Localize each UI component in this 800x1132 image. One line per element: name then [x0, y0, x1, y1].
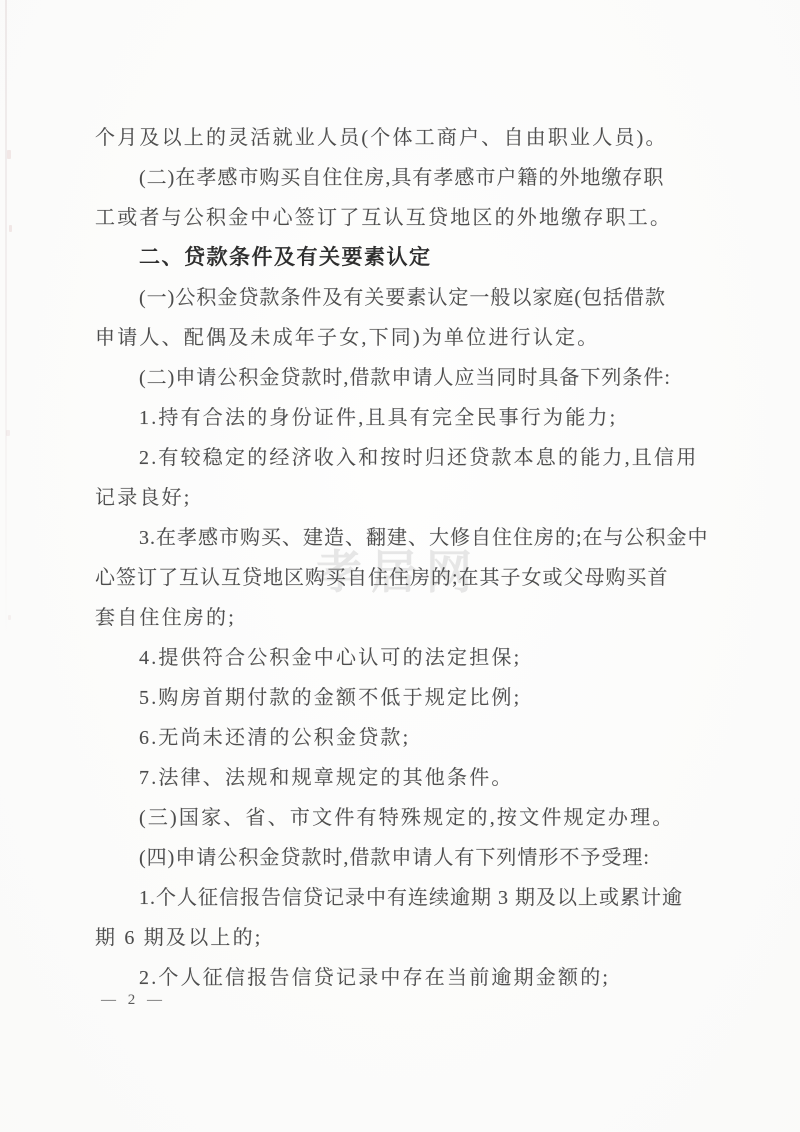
text-line: 记录良好;	[95, 478, 717, 518]
document-body: 个月及以上的灵活就业人员(个体工商户、自由职业人员)。 (二)在孝感市购买自住住…	[95, 118, 717, 998]
text-line: 6.无尚未还清的公积金贷款;	[95, 718, 717, 758]
text-line: 期 6 期及以上的;	[95, 918, 717, 958]
text-line: 2.有较稳定的经济收入和按时归还贷款本息的能力,且信用	[95, 438, 717, 478]
text-line: (三)国家、省、市文件有特殊规定的,按文件规定办理。	[95, 798, 717, 838]
text-line: 个月及以上的灵活就业人员(个体工商户、自由职业人员)。	[95, 118, 717, 158]
text-line: (一)公积金贷款条件及有关要素认定一般以家庭(包括借款	[95, 278, 717, 318]
scan-artifact-speck	[7, 150, 11, 159]
text-line: (二)申请公积金贷款时,借款申请人应当同时具备下列条件:	[95, 358, 717, 398]
text-line: 申请人、配偶及未成年子女,下同)为单位进行认定。	[95, 318, 717, 358]
scan-artifact-edge-line	[5, 0, 7, 640]
section-heading: 二、贷款条件及有关要素认定	[95, 238, 717, 278]
text-line: 套自住住房的;	[95, 598, 717, 638]
text-line: 1.个人征信报告信贷记录中有连续逾期 3 期及以上或累计逾	[95, 878, 717, 918]
text-line: 工或者与公积金中心签订了互认互贷地区的外地缴存职工。	[95, 198, 717, 238]
text-line: (二)在孝感市购买自住住房,具有孝感市户籍的外地缴存职	[95, 158, 717, 198]
scan-artifact-speck	[6, 430, 10, 436]
text-line: 4.提供符合公积金中心认可的法定担保;	[95, 638, 717, 678]
text-line: 1.持有合法的身份证件,且具有完全民事行为能力;	[95, 398, 717, 438]
scan-artifact-speck	[9, 225, 12, 232]
scan-artifact-speck	[8, 615, 11, 620]
text-line: 心签订了互认互贷地区购买自住住房的;在其子女或父母购买首	[95, 558, 717, 598]
text-line: 5.购房首期付款的金额不低于规定比例;	[95, 678, 717, 718]
text-line: 2.个人征信报告信贷记录中存在当前逾期金额的;	[95, 958, 717, 998]
text-line: 3.在孝感市购买、建造、翻建、大修自住住房的;在与公积金中	[95, 518, 717, 558]
text-line: (四)申请公积金贷款时,借款申请人有下列情形不予受理:	[95, 838, 717, 878]
text-line: 7.法律、法规和规章规定的其他条件。	[95, 758, 717, 798]
scanned-page: 孝居网 个月及以上的灵活就业人员(个体工商户、自由职业人员)。 (二)在孝感市购…	[0, 0, 800, 1132]
page-number: — 2 —	[101, 992, 166, 1009]
